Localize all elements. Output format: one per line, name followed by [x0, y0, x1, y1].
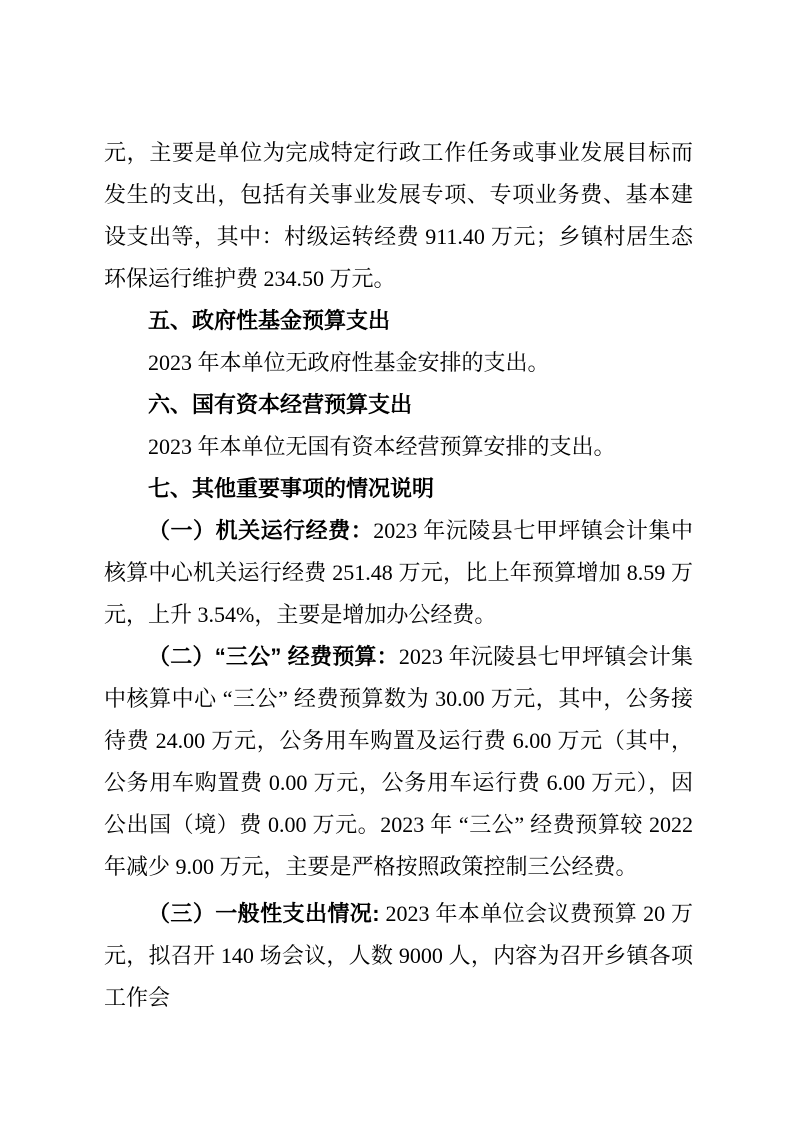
paragraph-government-fund-budget: 2023 年本单位无政府性基金安排的支出。 — [104, 342, 693, 384]
paragraph-item-3-lead: （三）一般性支出情况: — [148, 901, 380, 926]
paragraph-item-2-three-public-expenses: （二）“三公” 经费预算：2023 年沅陵县七甲坪镇会计集中核算中心 “三公” … — [104, 636, 693, 888]
paragraph-item-2-text: 2023 年沅陵县七甲坪镇会计集中核算中心 “三公” 经费预算数为 30.00 … — [104, 644, 693, 879]
section-heading-government-fund-budget: 五、政府性基金预算支出 — [104, 300, 693, 342]
paragraph-basic-expenditure-continuation: 元，主要是单位为完成特定行政工作任务或事业发展目标而发生的支出，包括有关事业发展… — [104, 132, 693, 300]
paragraph-item-1-operating-funds: （一）机关运行经费：2023 年沅陵县七甲坪镇会计集中核算中心机关运行经费 25… — [104, 510, 693, 636]
paragraph-item-1-lead: （一）机关运行经费： — [148, 518, 373, 543]
paragraph-state-capital-budget: 2023 年本单位无国有资本经营预算安排的支出。 — [104, 426, 693, 468]
paragraph-item-3-general-expenditure: （三）一般性支出情况: 2023 年本单位会议费预算 20 万元，拟召开 140… — [104, 893, 693, 1019]
document-page: 元，主要是单位为完成特定行政工作任务或事业发展目标而发生的支出，包括有关事业发展… — [0, 0, 793, 1122]
section-heading-state-capital-budget: 六、国有资本经营预算支出 — [104, 384, 693, 426]
paragraph-item-2-lead: （二）“三公” 经费预算： — [148, 644, 399, 669]
section-heading-other-important-matters: 七、其他重要事项的情况说明 — [104, 468, 693, 510]
